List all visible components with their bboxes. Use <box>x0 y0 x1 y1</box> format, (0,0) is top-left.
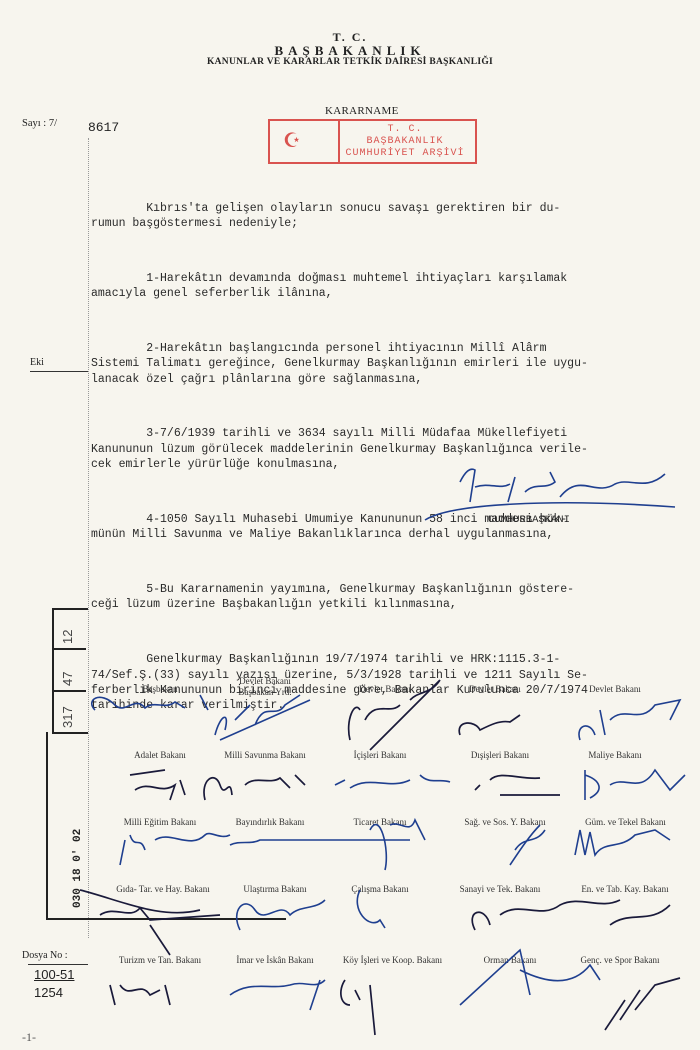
decree-body: Kıbrıs'ta gelişen olayların sonucu savaş… <box>91 170 691 738</box>
stamp-line-3: CUMHURİYET ARŞİVİ <box>340 148 470 159</box>
dosya-number-1: 100-51 <box>34 967 74 982</box>
paragraph-item-1: 1-Harekâtın devamında doğması muhtemel i… <box>91 271 691 302</box>
side-box-value-1: 317 <box>60 706 75 728</box>
sayi-label: Sayı : 7/ <box>22 118 57 129</box>
document-title: KARARNAME <box>325 105 399 117</box>
paragraph-item-5: 5-Bu Kararnamenin yayımına, Genelkurmay … <box>91 582 691 613</box>
archive-stamp: ☪ T. C. BAŞBAKANLIK CUMHURİYET ARŞİVİ <box>268 119 477 164</box>
president-title: CUMHURBAŞKANI <box>488 514 570 526</box>
dosya-number-2: 1254 <box>34 985 63 1000</box>
side-box-divider-1 <box>52 648 86 650</box>
dosya-underline <box>28 964 88 965</box>
paragraph-preamble: Kıbrıs'ta gelişen olayların sonucu savaş… <box>91 201 691 232</box>
stamp-line-2: BAŞBAKANLIK <box>340 136 470 147</box>
side-box-value-2: 47 <box>60 672 75 686</box>
sayi-number: 8617 <box>88 120 119 135</box>
side-box-value-3: 12 <box>60 630 75 644</box>
paragraph-item-2: 2-Harekâtın başlangıcında personel ihtiy… <box>91 341 691 387</box>
header-department: KANUNLAR VE KARARLAR TETKİK DAİRESİ BAŞK… <box>0 57 700 67</box>
page-mark: -1- <box>22 1030 36 1045</box>
side-box-bracket <box>46 732 48 918</box>
stamp-line-1: T. C. <box>340 124 470 135</box>
minister-signatures <box>80 660 700 1040</box>
eki-underline <box>30 371 88 372</box>
eki-label: Eki <box>30 357 44 368</box>
crescent-star-icon: ☪ <box>283 128 301 153</box>
dosya-label: Dosya No : <box>22 950 68 961</box>
